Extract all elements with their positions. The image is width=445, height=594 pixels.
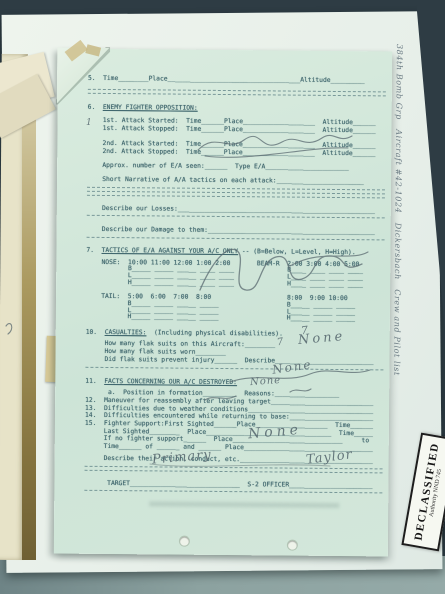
form-line: Describe our Damage to them:____________… — [87, 226, 385, 236]
form-content: 5. Time________Place____________________… — [84, 75, 386, 497]
ruled-line — [87, 194, 385, 198]
ruled-line — [88, 93, 386, 97]
form-line: Short Narrative of A/A tactics on each a… — [87, 176, 385, 186]
ruled-line — [85, 469, 383, 473]
form-line: Did flak suits prevent injury______ Desc… — [85, 356, 383, 366]
ruled-line — [87, 186, 385, 190]
ruled-line — [84, 490, 382, 494]
handwriting-flak-injury: 7 — [276, 337, 284, 349]
pencil-mark: 1 — [86, 118, 92, 128]
punch-hole — [288, 541, 297, 550]
ruled-line — [87, 190, 385, 194]
form-page: 5. Time________Place____________________… — [54, 49, 392, 557]
ink-bleed-through — [149, 501, 339, 508]
photo-scene: 5. Time________Place____________________… — [0, 0, 445, 594]
ruled-line — [88, 89, 386, 93]
paper-stack-binding-edge — [22, 96, 36, 560]
ruled-line — [87, 237, 385, 241]
form-line: Describe our Losses:____________________… — [87, 204, 385, 214]
form-line: TARGET_____________________________ S-2 … — [84, 479, 382, 489]
ruled-line — [87, 215, 385, 219]
ruled-line — [85, 366, 383, 370]
ruled-line — [85, 465, 383, 469]
punch-hole — [180, 537, 189, 546]
handwriting-weather: None — [250, 375, 282, 388]
